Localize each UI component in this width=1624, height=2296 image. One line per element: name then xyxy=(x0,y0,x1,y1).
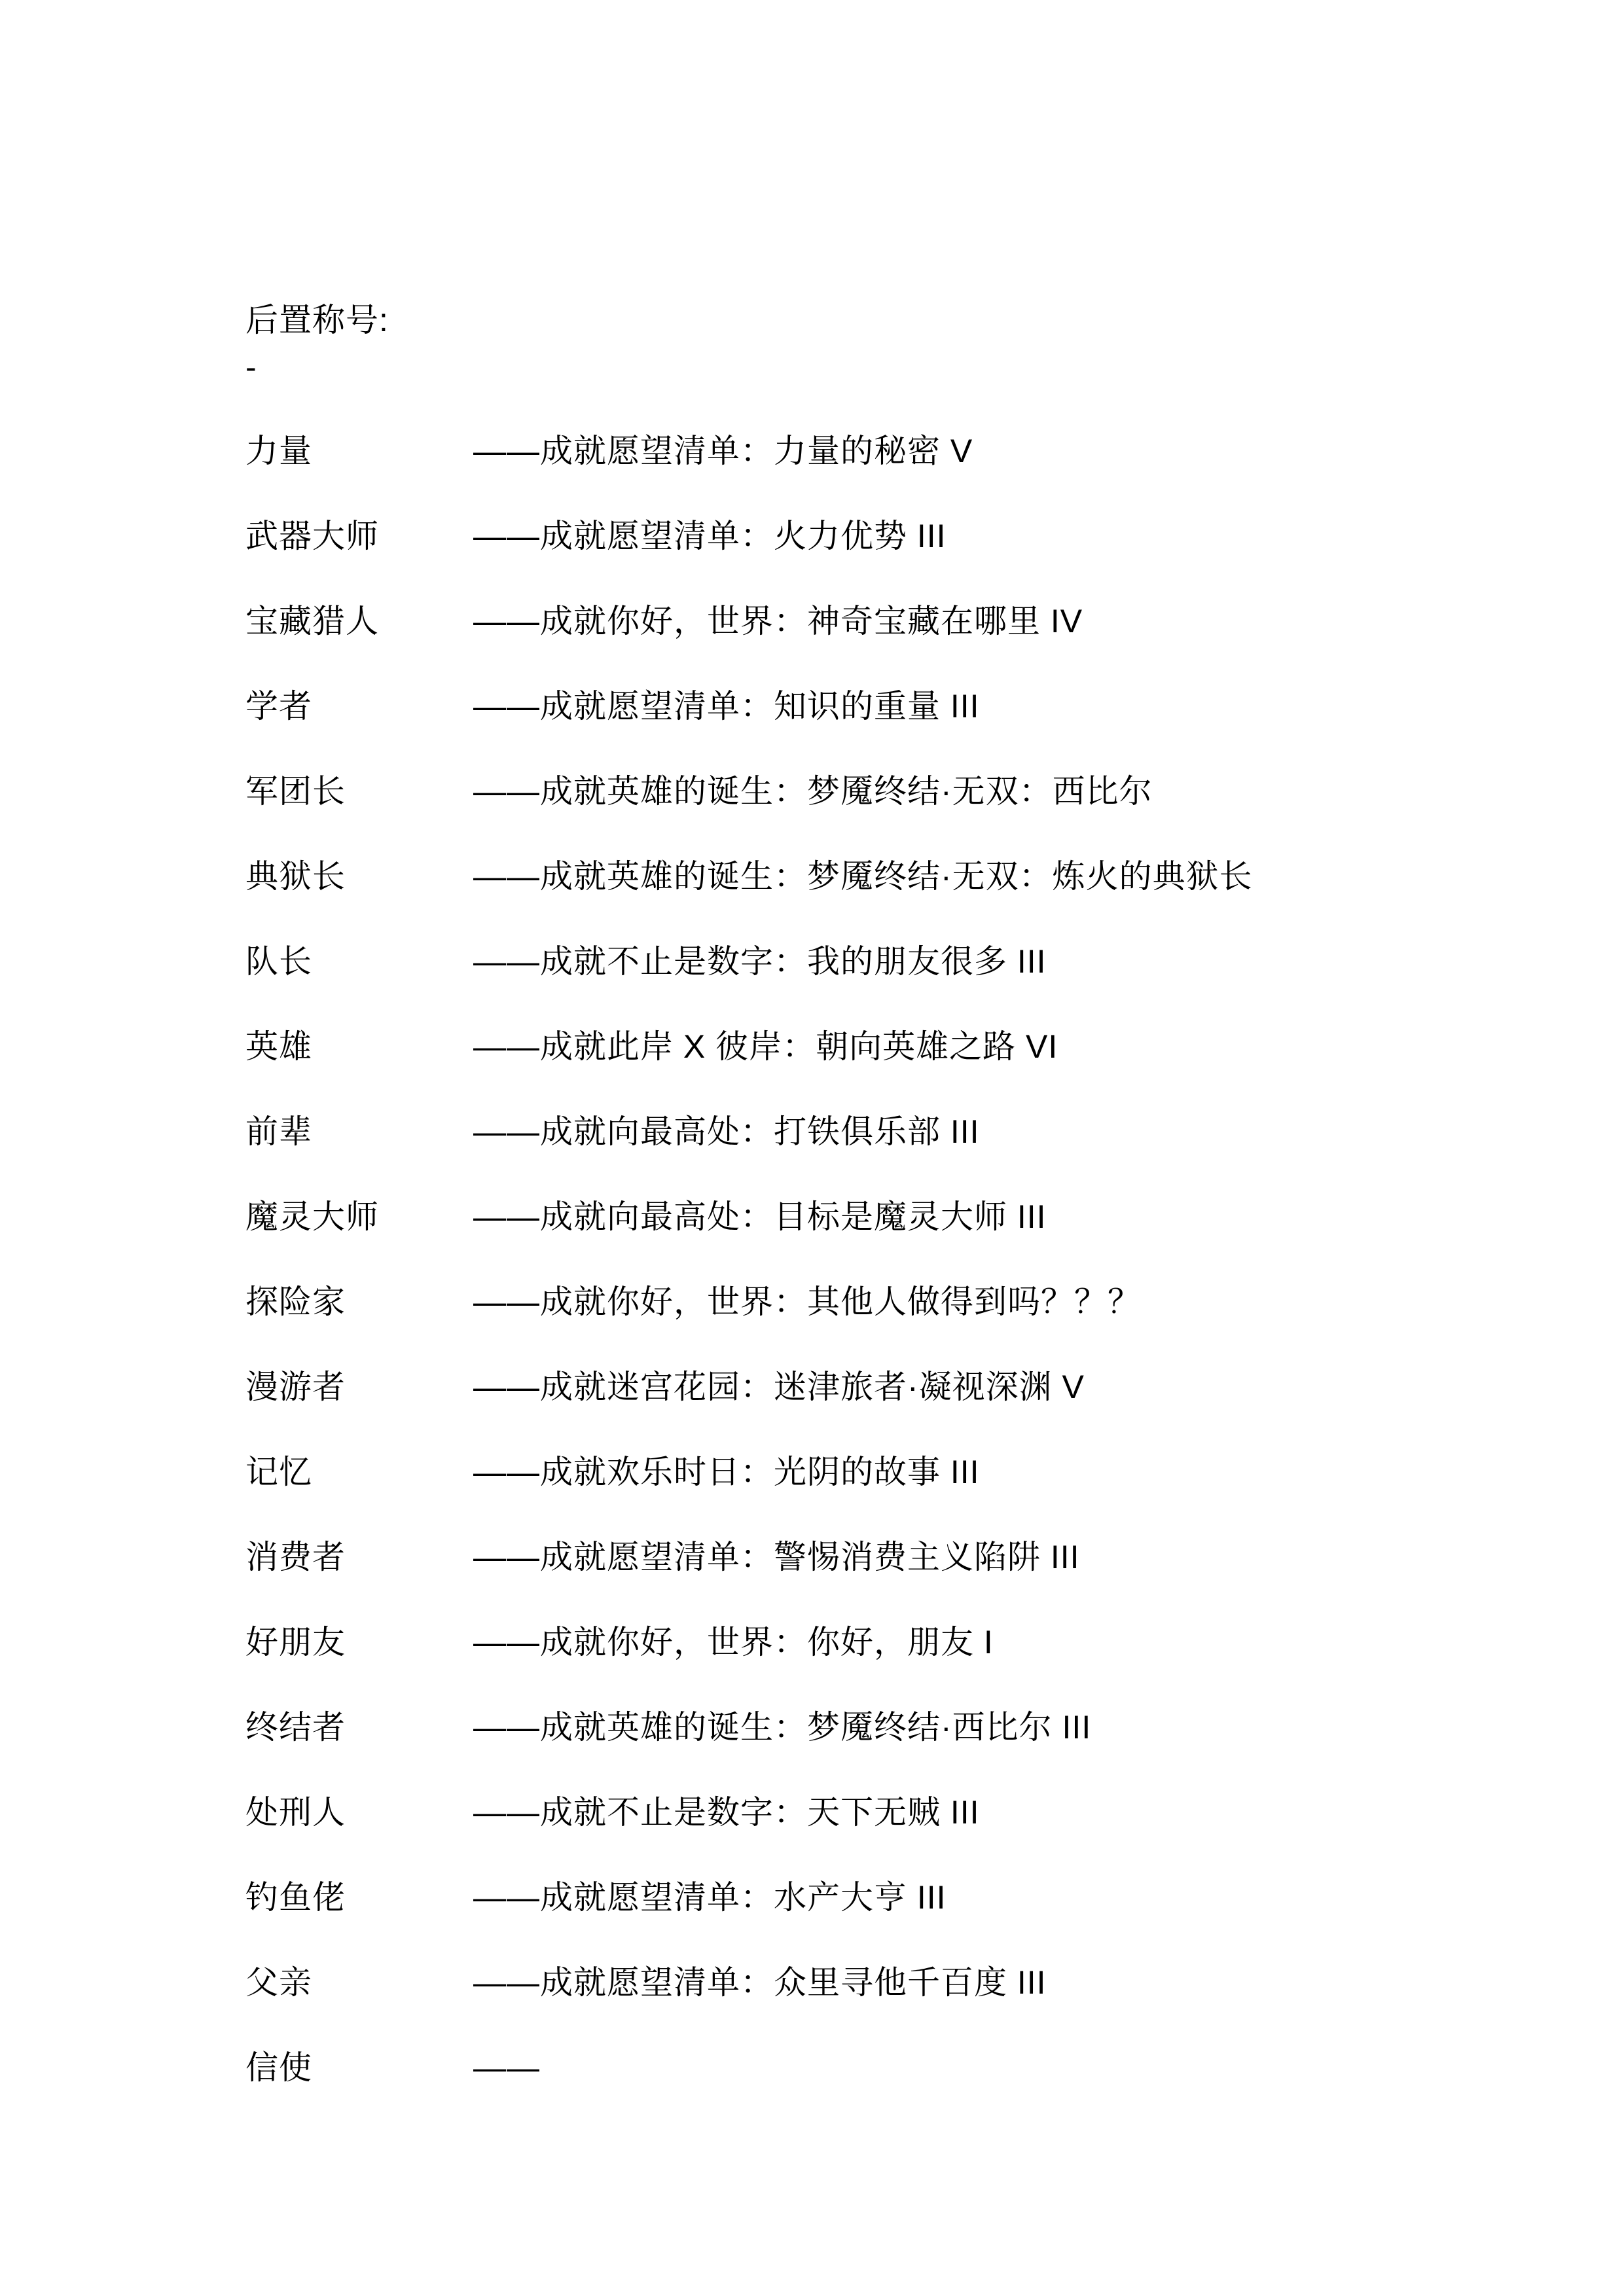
title-row: 钓鱼佬 ——成就愿望清单：水产大亨 III xyxy=(245,1878,1545,1916)
title-name: 学者 xyxy=(245,687,473,725)
title-name: 父亲 xyxy=(245,1964,473,2001)
title-source-description: ——成就迷宫花园：迷津旅者·凝视深渊 V xyxy=(473,1368,1545,1406)
title-name: 记忆 xyxy=(245,1453,473,1491)
title-row: 英雄 ——成就此岸 X 彼岸：朝向英雄之路 VI xyxy=(245,1028,1545,1066)
title-source-description: ——成就愿望清单：力量的秘密 V xyxy=(473,432,1545,470)
title-source-description: ——成就你好，世界：你好，朋友 I xyxy=(473,1623,1545,1661)
title-row: 魔灵大师 ——成就向最高处：目标是魔灵大师 III xyxy=(245,1198,1545,1236)
title-row: 漫游者 ——成就迷宫花园：迷津旅者·凝视深渊 V xyxy=(245,1368,1545,1406)
title-source-description: ——成就愿望清单：众里寻他千百度 III xyxy=(473,1964,1545,2001)
title-name: 好朋友 xyxy=(245,1623,473,1661)
title-name: 消费者 xyxy=(245,1538,473,1576)
title-row: 队长 ——成就不止是数字：我的朋友很多 III xyxy=(245,942,1545,980)
title-source-description: ——成就不止是数字：我的朋友很多 III xyxy=(473,942,1545,980)
title-row: 消费者 ——成就愿望清单：警惕消费主义陷阱 III xyxy=(245,1538,1545,1576)
title-source-description: ——成就此岸 X 彼岸：朝向英雄之路 VI xyxy=(473,1028,1545,1066)
section-heading: 后置称号: xyxy=(245,301,389,339)
title-source-description: ——成就你好，世界：其他人做得到吗？？？ xyxy=(473,1283,1545,1321)
title-list: 力量 ——成就愿望清单：力量的秘密 V 武器大师 ——成就愿望清单：火力优势 I… xyxy=(245,432,1545,2134)
title-source-description: ——成就愿望清单：警惕消费主义陷阱 III xyxy=(473,1538,1545,1576)
title-name: 漫游者 xyxy=(245,1368,473,1406)
title-row: 典狱长 ——成就英雄的诞生：梦魇终结·无双：炼火的典狱长 xyxy=(245,857,1545,895)
title-name: 终结者 xyxy=(245,1708,473,1746)
title-source-description: ——成就英雄的诞生：梦魇终结·无双：炼火的典狱长 xyxy=(473,857,1545,895)
title-name: 军团长 xyxy=(245,772,473,810)
title-name: 探险家 xyxy=(245,1283,473,1321)
title-row: 学者 ——成就愿望清单：知识的重量 III xyxy=(245,687,1545,725)
title-name: 前辈 xyxy=(245,1113,473,1151)
title-row: 宝藏猎人 ——成就你好，世界：神奇宝藏在哪里 IV xyxy=(245,602,1545,640)
title-row: 力量 ——成就愿望清单：力量的秘密 V xyxy=(245,432,1545,470)
document-page: 后置称号: - 力量 ——成就愿望清单：力量的秘密 V 武器大师 ——成就愿望清… xyxy=(0,0,1624,2296)
title-name: 信使 xyxy=(245,2049,473,2087)
title-row: 处刑人 ——成就不止是数字：天下无贼 III xyxy=(245,1793,1545,1831)
title-name: 处刑人 xyxy=(245,1793,473,1831)
title-source-description: ——成就欢乐时日：光阴的故事 III xyxy=(473,1453,1545,1491)
title-name: 力量 xyxy=(245,432,473,470)
title-source-description: ——成就愿望清单：火力优势 III xyxy=(473,517,1545,555)
placeholder-dash: - xyxy=(245,348,257,386)
title-name: 魔灵大师 xyxy=(245,1198,473,1236)
title-row: 父亲 ——成就愿望清单：众里寻他千百度 III xyxy=(245,1964,1545,2001)
title-row: 信使 —— xyxy=(245,2049,1545,2087)
title-source-description: —— xyxy=(473,2049,1545,2087)
title-row: 记忆 ——成就欢乐时日：光阴的故事 III xyxy=(245,1453,1545,1491)
title-source-description: ——成就你好，世界：神奇宝藏在哪里 IV xyxy=(473,602,1545,640)
title-source-description: ——成就英雄的诞生：梦魇终结·西比尔 III xyxy=(473,1708,1545,1746)
title-name: 队长 xyxy=(245,942,473,980)
title-name: 武器大师 xyxy=(245,517,473,555)
title-row: 军团长 ——成就英雄的诞生：梦魇终结·无双：西比尔 xyxy=(245,772,1545,810)
title-source-description: ——成就不止是数字：天下无贼 III xyxy=(473,1793,1545,1831)
title-name: 典狱长 xyxy=(245,857,473,895)
title-source-description: ——成就英雄的诞生：梦魇终结·无双：西比尔 xyxy=(473,772,1545,810)
title-source-description: ——成就愿望清单：水产大亨 III xyxy=(473,1878,1545,1916)
title-name: 英雄 xyxy=(245,1028,473,1066)
title-row: 前辈 ——成就向最高处：打铁俱乐部 III xyxy=(245,1113,1545,1151)
title-source-description: ——成就向最高处：打铁俱乐部 III xyxy=(473,1113,1545,1151)
title-source-description: ——成就愿望清单：知识的重量 III xyxy=(473,687,1545,725)
title-row: 终结者 ——成就英雄的诞生：梦魇终结·西比尔 III xyxy=(245,1708,1545,1746)
title-name: 宝藏猎人 xyxy=(245,602,473,640)
title-name: 钓鱼佬 xyxy=(245,1878,473,1916)
title-row: 武器大师 ——成就愿望清单：火力优势 III xyxy=(245,517,1545,555)
title-source-description: ——成就向最高处：目标是魔灵大师 III xyxy=(473,1198,1545,1236)
title-row: 好朋友 ——成就你好，世界：你好，朋友 I xyxy=(245,1623,1545,1661)
title-row: 探险家 ——成就你好，世界：其他人做得到吗？？？ xyxy=(245,1283,1545,1321)
